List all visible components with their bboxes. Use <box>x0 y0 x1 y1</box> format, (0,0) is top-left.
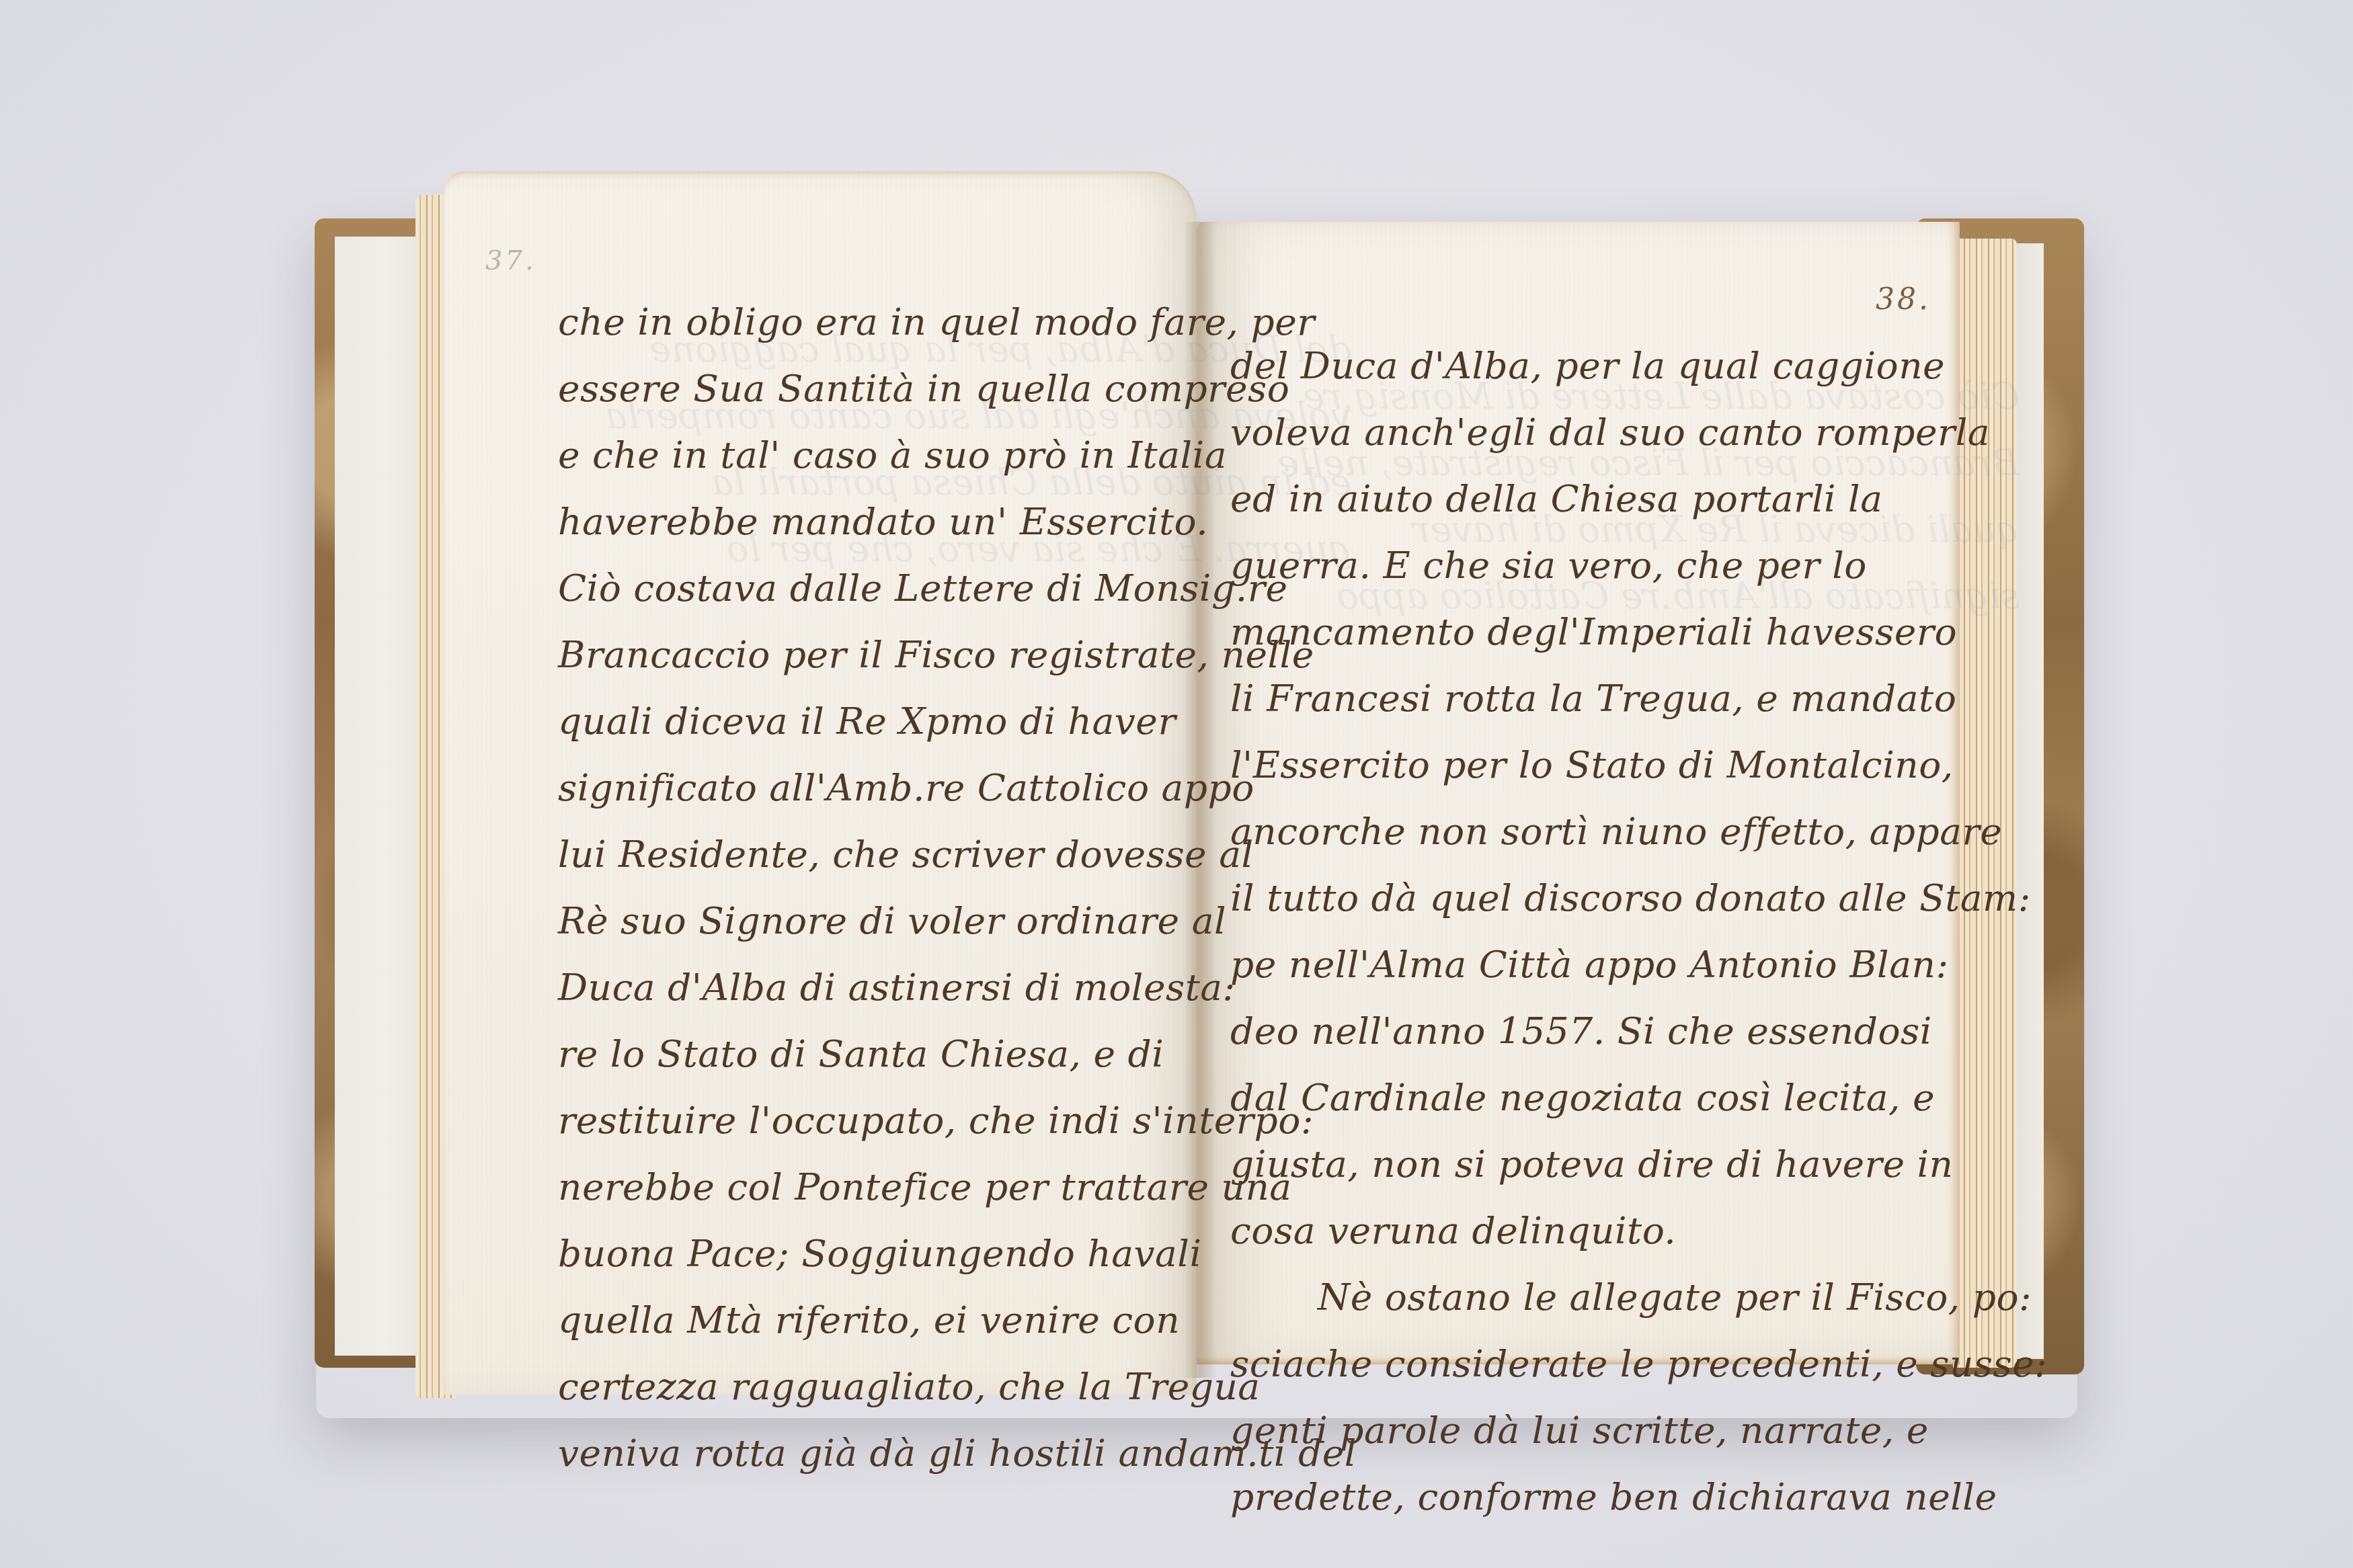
folio-number-right: 38. <box>1876 282 1931 317</box>
text-line: predette, conforme ben dichiarava nelle <box>1230 1464 2047 1530</box>
text-line: pe nell'Alma Città appo Antonio Blan: <box>1230 932 2047 998</box>
text-line: mancamento degl'Imperiali havessero <box>1230 599 2047 665</box>
text-line-paragraph-start: Nè ostano le allegate per il Fisco, po: <box>1230 1264 2047 1331</box>
handwritten-text-right: del Duca d'Alba, per la qual caggione vo… <box>1230 333 2047 1530</box>
photo-scene: del Duca d'Alba, per la qual caggione vo… <box>0 0 2353 1568</box>
text-line: dal Cardinale negoziata così lecita, e <box>1230 1065 2047 1131</box>
text-line: giusta, non si poteva dire di havere in <box>1230 1131 2047 1198</box>
text-line: sciache considerate le precedenti, e sus… <box>1230 1331 2047 1397</box>
text-line: l'Essercito per lo Stato di Montalcino, <box>1230 732 2047 798</box>
text-line: voleva anch'egli dal suo canto romperla <box>1230 399 2047 466</box>
text-line: li Francesi rotta la Tregua, e mandato <box>1230 665 2047 732</box>
text-line: il tutto dà quel discorso donato alle St… <box>1230 865 2047 932</box>
text-line: guerra. E che sia vero, che per lo <box>1230 532 2047 599</box>
text-line: del Duca d'Alba, per la qual caggione <box>1230 333 2047 399</box>
text-line: ancorche non sortì niuno effetto, appare <box>1230 798 2047 865</box>
text-line: deo nell'anno 1557. Si che essendosi <box>1230 998 2047 1065</box>
text-line: ed in aiuto della Chiesa portarli la <box>1230 466 2047 532</box>
text-line: genti parole dà lui scritte, narrate, e <box>1230 1397 2047 1464</box>
folio-number-left: 37. <box>485 245 536 276</box>
text-line: cosa veruna delinquito. <box>1230 1198 2047 1264</box>
